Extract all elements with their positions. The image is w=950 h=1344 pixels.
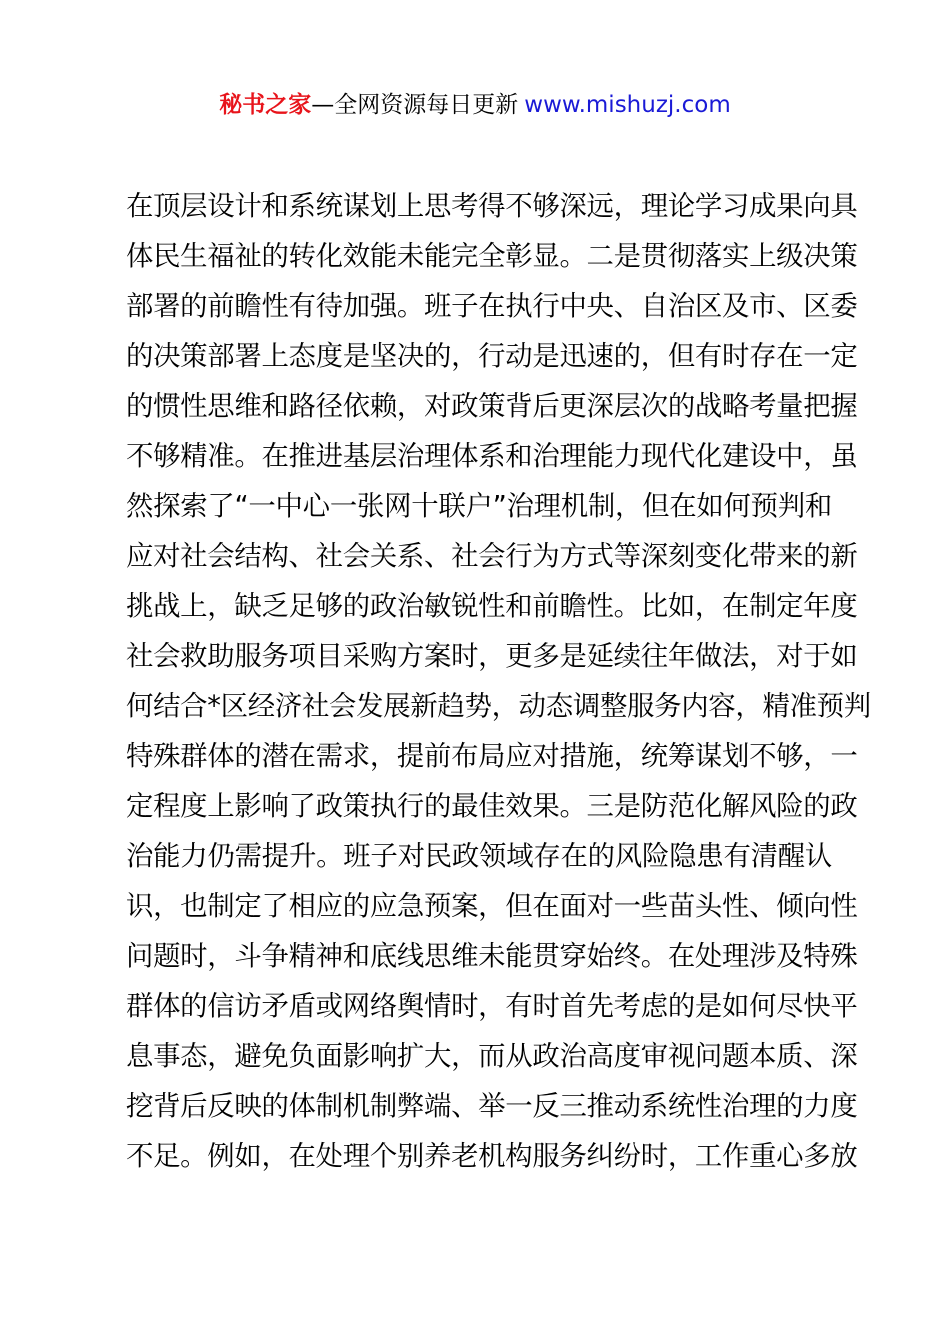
text-line: 的决策部署上态度是坚决的，行动是迅速的，但有时存在一定 [126,332,832,382]
text-line: 息事态，避免负面影响扩大，而从政治高度审视问题本质、深 [126,1032,832,1082]
text-line: 部署的前瞻性有待加强。班子在执行中央、自治区及市、区委 [126,282,832,332]
text-line: 社会救助服务项目采购方案时，更多是延续往年做法，对于如 [126,632,832,682]
text-line: 的惯性思维和路径依赖，对政策背后更深层次的战略考量把握 [126,382,832,432]
text-line: 在顶层设计和系统谋划上思考得不够深远，理论学习成果向具 [126,182,832,232]
text-line: 挖背后反映的体制机制弊端、举一反三推动系统性治理的力度 [126,1082,832,1132]
page-header: 秘书之家—全网资源每日更新www.mishuzj.com [0,88,950,122]
text-line: 定程度上影响了政策执行的最佳效果。三是防范化解风险的政 [126,782,832,832]
site-url-link[interactable]: www.mishuzj.com [524,92,730,118]
brand-name: 秘书之家 [219,92,311,118]
text-line: 群体的信访矛盾或网络舆情时，有时首先考虑的是如何尽快平 [126,982,832,1032]
text-line: 不够精准。在推进基层治理体系和治理能力现代化建设中，虽 [126,432,832,482]
text-line: 体民生福祉的转化效能未能完全彰显。二是贯彻落实上级决策 [126,232,832,282]
document-body: 在顶层设计和系统谋划上思考得不够深远，理论学习成果向具 体民生福祉的转化效能未能… [126,182,832,1182]
text-line: 问题时，斗争精神和底线思维未能贯穿始终。在处理涉及特殊 [126,932,832,982]
text-line: 特殊群体的潜在需求，提前布局应对措施，统筹谋划不够，一 [126,732,832,782]
text-line: 何结合*区经济社会发展新趋势，动态调整服务内容，精准预判 [126,682,832,732]
text-line: 不足。例如，在处理个别养老机构服务纠纷时，工作重心多放 [126,1132,832,1182]
header-tagline: —全网资源每日更新 [311,92,518,118]
text-line: 应对社会结构、社会关系、社会行为方式等深刻变化带来的新 [126,532,832,582]
text-line: 治能力仍需提升。班子对民政领域存在的风险隐患有清醒认 [126,832,832,882]
text-line: 然探索了“一中心一张网十联户”治理机制，但在如何预判和 [126,482,832,532]
text-line: 识，也制定了相应的应急预案，但在面对一些苗头性、倾向性 [126,882,832,932]
text-line: 挑战上，缺乏足够的政治敏锐性和前瞻性。比如，在制定年度 [126,582,832,632]
